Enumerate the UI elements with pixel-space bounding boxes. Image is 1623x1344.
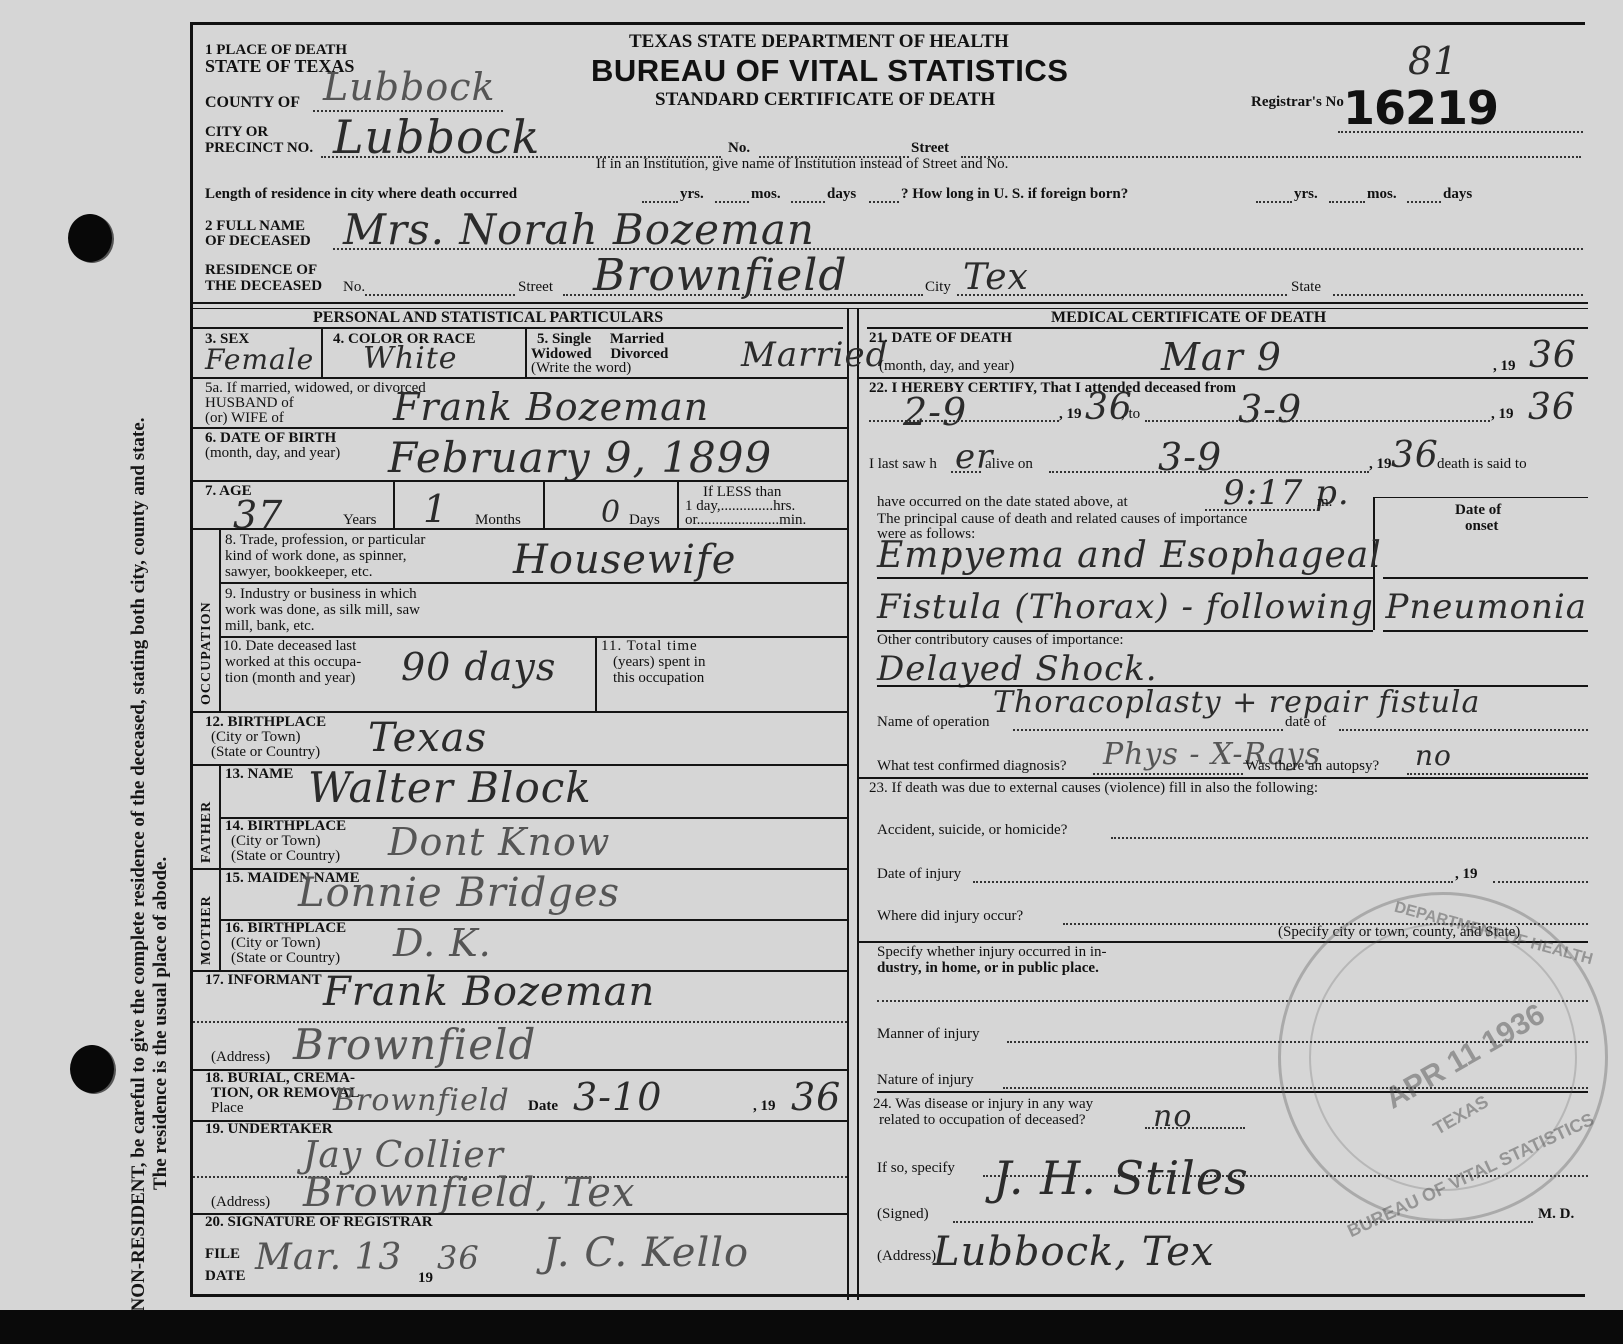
industry-label-3: mill, bank, etc. [225,619,315,634]
file-year-value: 36 [437,1239,480,1277]
dod-label-1: 21. DATE OF DEATH [869,331,1012,346]
foreign-born-label: ? How long in U. S. if foreign born? [901,187,1128,202]
registrar-signature-label: 20. SIGNATURE OF REGISTRAR [205,1215,433,1230]
res-days-line [791,201,825,203]
full-name-label-2: OF DECEASED [205,234,311,249]
divider [193,327,843,329]
birthplace-label-2: (City or Town) [211,730,301,745]
divider [595,636,597,711]
cause-line-1-rule [877,577,1373,579]
attended-to-year-prefix: , 19 [1491,407,1514,422]
mother-vertical-label: MOTHER [199,895,215,965]
foreign-days-label: days [1443,187,1472,202]
divider [859,777,1588,779]
birthplace-label-3: (State or Country) [211,745,320,760]
dob-label-1: 6. DATE OF BIRTH [205,431,336,446]
accident-label: Accident, suicide, or homicide? [877,823,1067,838]
dob-label-2: (month, day, and year) [205,446,340,461]
total-time-label-2: (years) spent in [613,655,705,670]
race-value: White [363,341,458,376]
date-label: DATE [205,1269,246,1284]
residence-state-line [1333,294,1583,296]
trade-value: Housewife [513,537,736,583]
injury-place-label-1: Specify whether injury occurred in in- [877,945,1107,960]
father-birthplace-value: Dont Know [388,820,610,864]
father-vertical-label: FATHER [199,801,215,863]
residence-label-1: RESIDENCE OF [205,263,317,278]
registrar-no-line [1338,131,1583,133]
street-label: Street [911,141,949,156]
dod-year-prefix: , 19 [1493,359,1516,374]
burial-date-value: 3-10 [573,1075,662,1119]
onset-label-1: Date of [1455,503,1501,518]
informant-label: 17. INFORMANT [205,973,322,988]
father-name-value: Walter Block [308,763,592,812]
onset-line-2-rule [1383,630,1588,632]
accident-line [1111,837,1588,839]
dod-label-2: (month, day, and year) [879,359,1014,374]
res-days-label: days [827,187,856,202]
foreign-yrs-label: yrs. [1294,187,1318,202]
file-date-value: Mar. 13 [255,1237,402,1278]
last-worked-label-2: worked at this occupa- [225,655,361,670]
certificate-type-title: STANDARD CERTIFICATE OF DEATH [655,89,995,111]
spouse-value: Frank Bozeman [393,385,709,429]
physician-address-label: (Address) [877,1249,936,1264]
alive-on-label: alive on [985,457,1033,472]
registrar-number: 16219 [1343,81,1498,135]
mother-birthplace-label-3: (State or Country) [231,951,340,966]
punch-hole-top [68,214,112,262]
foreign-yrs-line [1256,201,1292,203]
city-value: Lubbock [333,110,540,164]
father-birthplace-label-1: 14. BIRTHPLACE [225,819,346,834]
contributory-value: Delayed Shock. [877,649,1158,689]
divider [219,764,221,868]
divider [193,427,847,429]
divider [393,480,395,528]
res-mos-line [715,201,749,203]
residence-state-label: State [1291,280,1321,295]
operation-date-label: date of [1285,715,1326,730]
burial-year-value: 36 [791,1075,841,1119]
dob-value: February 9, 1899 [388,433,772,482]
injury-where-label: Where did injury occur? [877,909,1023,924]
birthplace-value: Texas [368,715,487,761]
injury-place-label-2: dustry, in home, or in public place. [877,961,1099,976]
occurred-at-label: have occurred on the date stated above, … [877,495,1128,510]
industry-label-2: work was done, as silk mill, saw [225,603,420,618]
divider [525,329,527,377]
occupation-vertical-label: OCCUPATION [199,601,215,705]
divider [193,480,847,482]
death-certificate-page: If NON-RESIDENT, be careful to give the … [0,0,1623,1310]
signed-label: (Signed) [877,1207,929,1222]
total-time-label-1: 11. Total time [601,639,698,654]
death-said-label: death is said to [1437,457,1527,472]
trade-label-2: kind of work done, as spinner, [225,549,406,564]
city-label-2: PRECINCT NO. [205,141,313,156]
external-causes-label: 23. If death was due to external causes … [869,781,1318,796]
center-divider [847,308,849,1300]
registrar-no-annotation: 81 [1408,39,1458,83]
mother-birthplace-value: D. K. [393,921,492,965]
physician-signature: J. H. Stiles [993,1151,1249,1205]
center-divider [857,308,859,1300]
autopsy-line [1407,773,1588,775]
city-label-1: CITY OR [205,125,268,140]
industry-label-1: 9. Industry or business in which [225,587,417,602]
father-name-label: 13. NAME [225,767,293,782]
mother-birthplace-label-1: 16. BIRTHPLACE [225,921,346,936]
dod-year-value: 36 [1529,335,1577,376]
last-saw-date-value: 3-9 [1158,435,1222,479]
spouse-label-2: HUSBAND of [205,396,294,411]
residence-no-line [365,294,515,296]
residence-no-label: No. [343,280,365,295]
trade-label-1: 8. Trade, profession, or particular [225,533,425,548]
divider [193,711,847,713]
burial-place-value: Brownfield [333,1083,510,1118]
received-stamp: APR 11 1936 DEPARTMENT OF HEALTH TEXAS B… [1278,892,1608,1222]
trade-label-3: sawyer, bookkeeper, etc. [225,565,372,580]
divider [859,377,1588,379]
last-worked-label-1: 10. Date deceased last [223,639,356,654]
operation-label: Name of operation [877,715,989,730]
foreign-days-line [1407,201,1441,203]
punch-hole-bottom [70,1045,114,1093]
last-worked-value: 90 days [401,645,556,689]
injury-date-label: Date of injury [877,867,961,882]
age-days-value: 0 [601,495,621,530]
operation-line [1013,729,1283,731]
nature-label: Nature of injury [877,1073,974,1088]
undertaker-address-label: (Address) [211,1195,270,1210]
burial-date-label: Date [528,1099,558,1114]
side-note-line-2: The residence is the usual place of abod… [150,10,172,1330]
total-time-label-3: this occupation [613,671,704,686]
contributory-label: Other contributory causes of importance: [877,633,1124,648]
marital-status-value: Married [741,335,888,375]
file-year-prefix: 19 [418,1271,433,1286]
residence-length-label: Length of residence in city where death … [205,187,517,202]
injury-year-prefix: , 19 [1455,867,1478,882]
bureau-title: BUREAU OF VITAL STATISTICS [591,53,1068,89]
cause-line-1: Empyema and Esophageal [877,535,1382,576]
divider [321,329,323,377]
onset-line-1-rule [1383,577,1588,579]
medical-section-title: MEDICAL CERTIFICATE OF DEATH [1051,310,1326,325]
res-yrs-line [642,201,678,203]
autopsy-label: Was there an autopsy? [1245,759,1379,774]
attended-to-line [1145,420,1490,422]
residence-label-2: THE DECEASED [205,279,322,294]
father-birthplace-label-3: (State or Country) [231,849,340,864]
res-mos-label: mos. [751,187,781,202]
occupational-value: no [1153,1099,1192,1134]
father-birthplace-label-2: (City or Town) [231,834,321,849]
sex-value: Female [205,343,314,376]
non-resident-instruction: If NON-RESIDENT, be careful to give the … [128,10,172,1330]
undertaker-address-value: Brownfield, Tex [303,1170,636,1216]
residence-city-label: City [925,280,951,295]
attended-to-year-value: 36 [1528,387,1576,428]
registrar-signature: J. C. Kello [543,1230,749,1276]
divider [193,302,1588,304]
test-line [1093,773,1243,775]
divider [219,582,847,584]
foreign-mos-line [1329,201,1365,203]
last-saw-year-value: 36 [1391,435,1439,476]
divider [677,480,679,528]
spouse-label-3: (or) WIFE of [205,411,284,426]
if-so-label: If so, specify [877,1161,955,1176]
marital-label-1: 5. Single Married [537,332,664,347]
dod-value: Mar 9 [1161,335,1282,379]
full-name-label-1: 2 FULL NAME [205,219,305,234]
manner-label: Manner of injury [877,1027,979,1042]
divider [543,480,545,528]
test-label: What test confirmed diagnosis? [877,759,1067,774]
burial-place-label: Place [211,1101,243,1116]
md-label: M. D. [1538,1207,1574,1222]
age-months-value: 1 [423,487,448,531]
department-title: TEXAS STATE DEPARTMENT OF HEALTH [629,31,1009,53]
res-yrs-label: yrs. [680,187,704,202]
operation-date-line [1339,729,1588,731]
injury-year-line [1493,881,1588,883]
res-days-end-line [869,201,899,203]
burial-year-prefix: , 19 [753,1099,776,1114]
attended-to-value: 3-9 [1238,387,1302,431]
divider [219,528,221,711]
days-label: Days [629,513,660,528]
attended-from-value: 2-9 [903,390,967,434]
autopsy-value: no [1415,739,1452,772]
divider [193,528,847,530]
county-label: COUNTY OF [205,95,300,110]
registrar-no-label: Registrar's No [1251,95,1344,110]
occupational-label-2: related to occupation of deceased? [879,1113,1086,1128]
divider [1373,497,1588,498]
am-pm-label: m. [1317,495,1332,510]
attended-from-year-prefix: , 19 [1059,407,1082,422]
certificate-form: 1 PLACE OF DEATH STATE OF TEXAS COUNTY O… [190,22,1585,1297]
occupational-label-1: 24. Was disease or injury in any way [873,1097,1093,1112]
residence-state-value: Tex [963,257,1029,298]
street-no-label: No. [728,141,750,156]
operation-value: Thoracoplasty + repair fistula [993,685,1480,720]
months-label: Months [475,513,521,528]
minutes-label: or......................min. [685,513,806,528]
county-value: Lubbock [323,65,496,109]
cause-label-1: The principal cause of death and related… [877,512,1247,527]
last-saw-label: I last saw h [869,457,937,472]
marital-label-3: (Write the word) [531,361,631,376]
foreign-mos-label: mos. [1367,187,1397,202]
years-label: Years [343,513,376,528]
mother-name-value: Lonnie Bridges [298,870,620,916]
side-note-line-1: If NON-RESIDENT, be careful to give the … [128,418,149,1330]
last-worked-label-3: tion (month and year) [225,671,355,686]
scan-border [0,1310,1623,1344]
residence-street-label: Street [518,280,553,295]
residence-city-value: Brownfield [593,250,848,301]
physician-address-value: Lubbock, Tex [933,1229,1215,1275]
mother-birthplace-label-2: (City or Town) [231,936,321,951]
file-label: FILE [205,1247,240,1262]
cause-line-2: Fistula (Thorax) - following Pneumonia [877,587,1587,627]
last-saw-year-prefix: , 19 [1369,457,1392,472]
age-years-value: 37 [233,493,283,537]
deceased-full-name: Mrs. Norah Bozeman [343,205,815,254]
divider [193,377,847,379]
onset-label-2: onset [1465,519,1498,534]
institution-note: If in an Institution, give name of Insti… [596,157,1008,172]
informant-address-value: Brownfield [293,1020,536,1069]
divider [867,327,1588,329]
attended-to-label: , to [1121,407,1140,422]
personal-section-title: PERSONAL AND STATISTICAL PARTICULARS [313,310,663,325]
street-line [961,156,1581,158]
informant-value: Frank Bozeman [323,969,655,1015]
birthplace-label-1: 12. BIRTHPLACE [205,715,326,730]
informant-address-label: (Address) [211,1050,270,1065]
injury-date-line [973,881,1453,883]
